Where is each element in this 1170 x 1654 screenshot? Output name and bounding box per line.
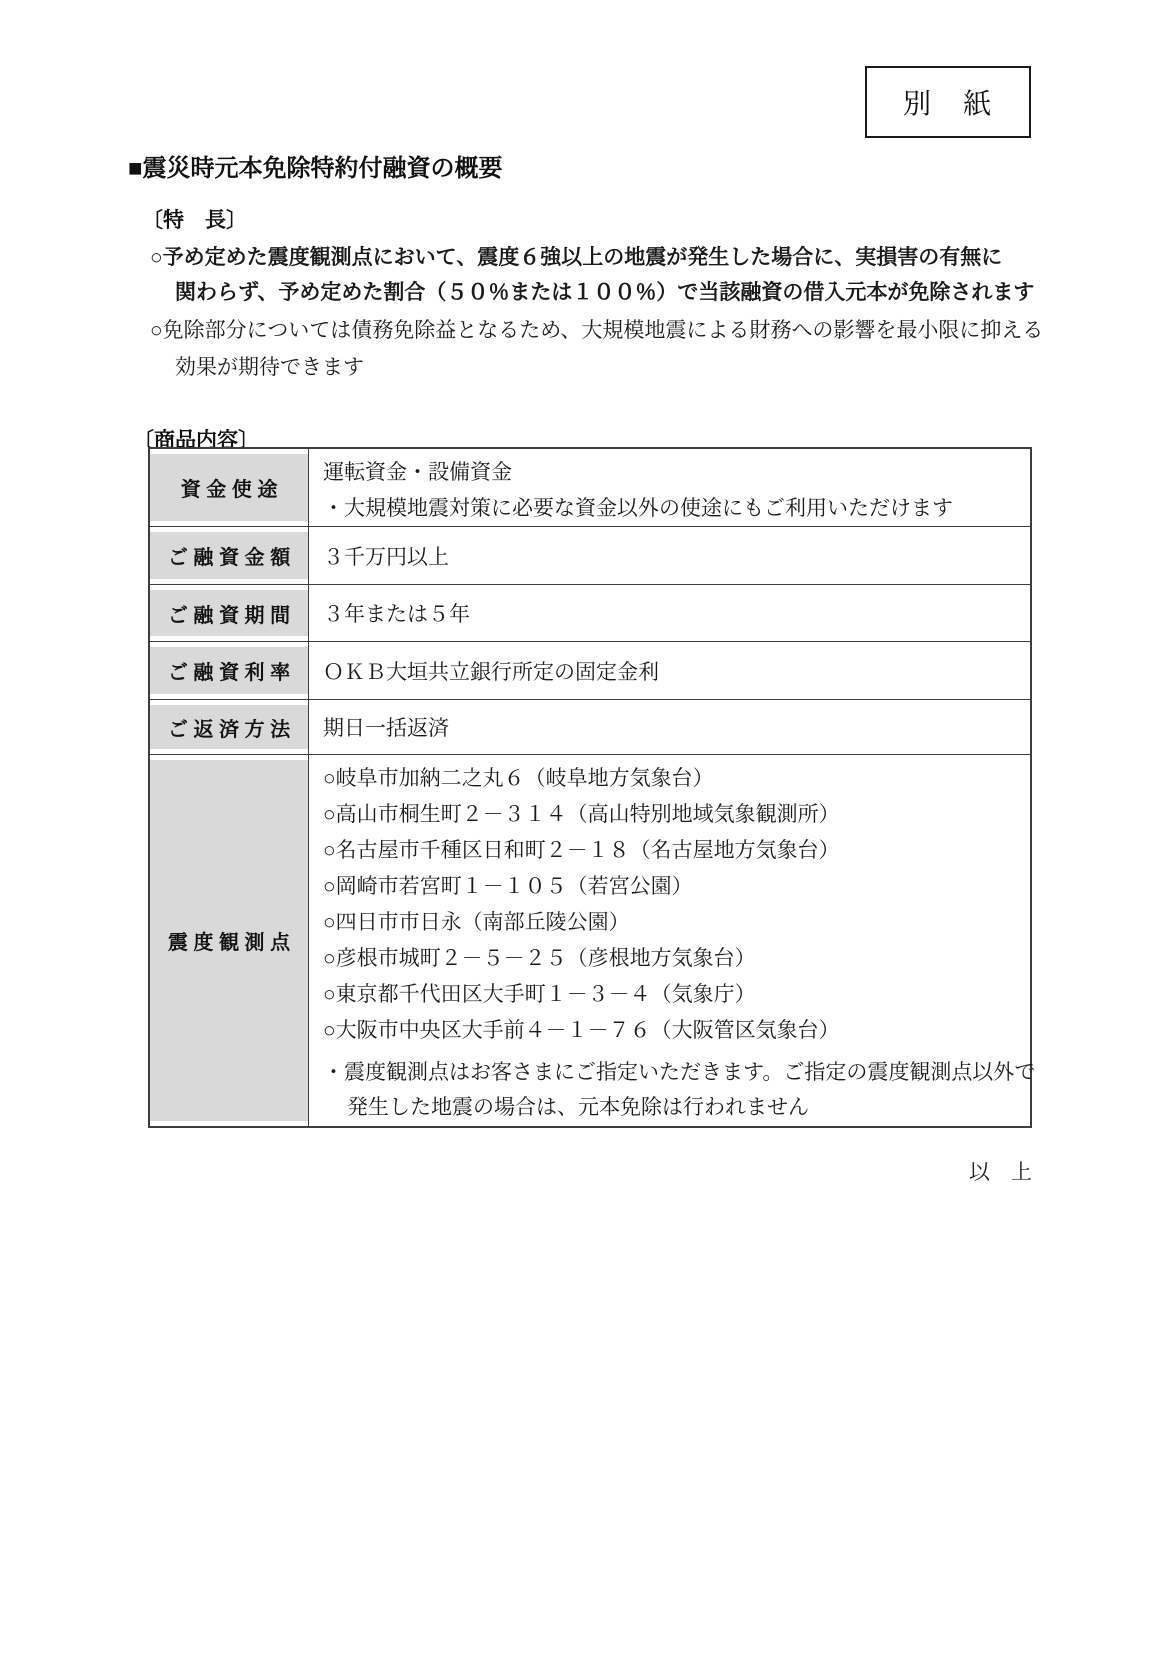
feature-2-line-1: ○免除部分については債務免除益となるため、大規模地震による財務への影響を最小限に…	[150, 312, 1043, 349]
closing-text: 以 上	[128, 1156, 1032, 1186]
row-value-loan-rate: ＯＫＢ大垣共立銀行所定の固定金利	[309, 642, 1032, 700]
row-header-observation-points: 震 度 観 測 点	[149, 755, 309, 1127]
row-value-loan-amount: ３千万円以上	[309, 527, 1032, 585]
feature-item-2: ○免除部分については債務免除益となるため、大規模地震による財務への影響を最小限に…	[150, 312, 1043, 386]
observation-point-osaka: ○大阪市中央区大手前４－１－７６（大阪管区気象台）	[323, 1012, 1030, 1048]
table-row-observation-points: 震 度 観 測 点 ○岐阜市加納二之丸６（岐阜地方気象台） ○高山市桐生町２－３…	[149, 755, 1031, 1127]
row-header-loan-amount: ご 融 資 金 額	[149, 527, 309, 585]
fund-usage-line-2: ・大規模地震対策に必要な資金以外の使途にもご利用いただけます	[323, 490, 1030, 526]
document-page: 別 紙 ■震災時元本免除特約付融資の概要 〔特 長〕 ○予め定めた震度観測点にお…	[0, 0, 1170, 1654]
feature-item-1: ○予め定めた震度観測点において、震度６強以上の地震が発生した場合に、実損害の有無…	[150, 240, 1034, 310]
observation-point-gifu: ○岐阜市加納二之丸６（岐阜地方気象台）	[323, 760, 1030, 796]
table-row-loan-amount: ご 融 資 金 額 ３千万円以上	[149, 527, 1031, 585]
row-header-loan-term: ご 融 資 期 間	[149, 585, 309, 642]
row-value-repayment-method: 期日一括返済	[309, 700, 1032, 755]
attachment-label: 別 紙	[903, 82, 993, 122]
row-header-fund-usage: 資 金 使 途	[149, 448, 309, 527]
fund-usage-line-1: 運転資金・設備資金	[323, 454, 1030, 490]
observation-note-line-1: ・震度観測点はお客さまにご指定いただきます。ご指定の震度観測点以外で	[323, 1055, 1030, 1090]
row-value-observation-points: ○岐阜市加納二之丸６（岐阜地方気象台） ○高山市桐生町２－３１４（高山特別地域気…	[309, 755, 1032, 1127]
row-value-loan-term: ３年または５年	[309, 585, 1032, 642]
row-header-loan-rate: ご 融 資 利 率	[149, 642, 309, 700]
observation-point-tokyo: ○東京都千代田区大手町１－３－４（気象庁）	[323, 976, 1030, 1012]
table-row-loan-rate: ご 融 資 利 率 ＯＫＢ大垣共立銀行所定の固定金利	[149, 642, 1031, 700]
observation-point-takayama: ○高山市桐生町２－３１４（高山特別地域気象観測所）	[323, 796, 1030, 832]
feature-1-line-1: ○予め定めた震度観測点において、震度６強以上の地震が発生した場合に、実損害の有無…	[150, 240, 1034, 275]
observation-point-hikone: ○彦根市城町２－５－２５（彦根地方気象台）	[323, 940, 1030, 976]
document-title: ■震災時元本免除特約付融資の概要	[128, 148, 503, 183]
row-header-repayment-method: ご 返 済 方 法	[149, 700, 309, 755]
row-value-fund-usage: 運転資金・設備資金 ・大規模地震対策に必要な資金以外の使途にもご利用いただけます	[309, 448, 1032, 527]
table-row-loan-term: ご 融 資 期 間 ３年または５年	[149, 585, 1031, 642]
attachment-label-box: 別 紙	[865, 66, 1031, 138]
feature-2-line-2: 効果が期待できます	[175, 349, 1043, 386]
table-row-repayment-method: ご 返 済 方 法 期日一括返済	[149, 700, 1031, 755]
features-heading: 〔特 長〕	[142, 204, 247, 234]
observation-point-nagoya: ○名古屋市千種区日和町２－１８（名古屋地方気象台）	[323, 832, 1030, 868]
observation-note-line-2: 発生した地震の場合は、元本免除は行われません	[347, 1090, 1030, 1125]
table-row-fund-usage: 資 金 使 途 運転資金・設備資金 ・大規模地震対策に必要な資金以外の使途にもご…	[149, 448, 1031, 527]
observation-point-okazaki: ○岡崎市若宮町１－１０５（若宮公園）	[323, 868, 1030, 904]
feature-1-line-2: 関わらず、予め定めた割合（５０％または１００％）で当該融資の借入元本が免除されま…	[175, 275, 1034, 310]
product-detail-table: 資 金 使 途 運転資金・設備資金 ・大規模地震対策に必要な資金以外の使途にもご…	[148, 447, 1032, 1128]
observation-point-yokkaichi: ○四日市市日永（南部丘陵公園）	[323, 904, 1030, 940]
observation-note: ・震度観測点はお客さまにご指定いただきます。ご指定の震度観測点以外で 発生した地…	[323, 1055, 1030, 1125]
